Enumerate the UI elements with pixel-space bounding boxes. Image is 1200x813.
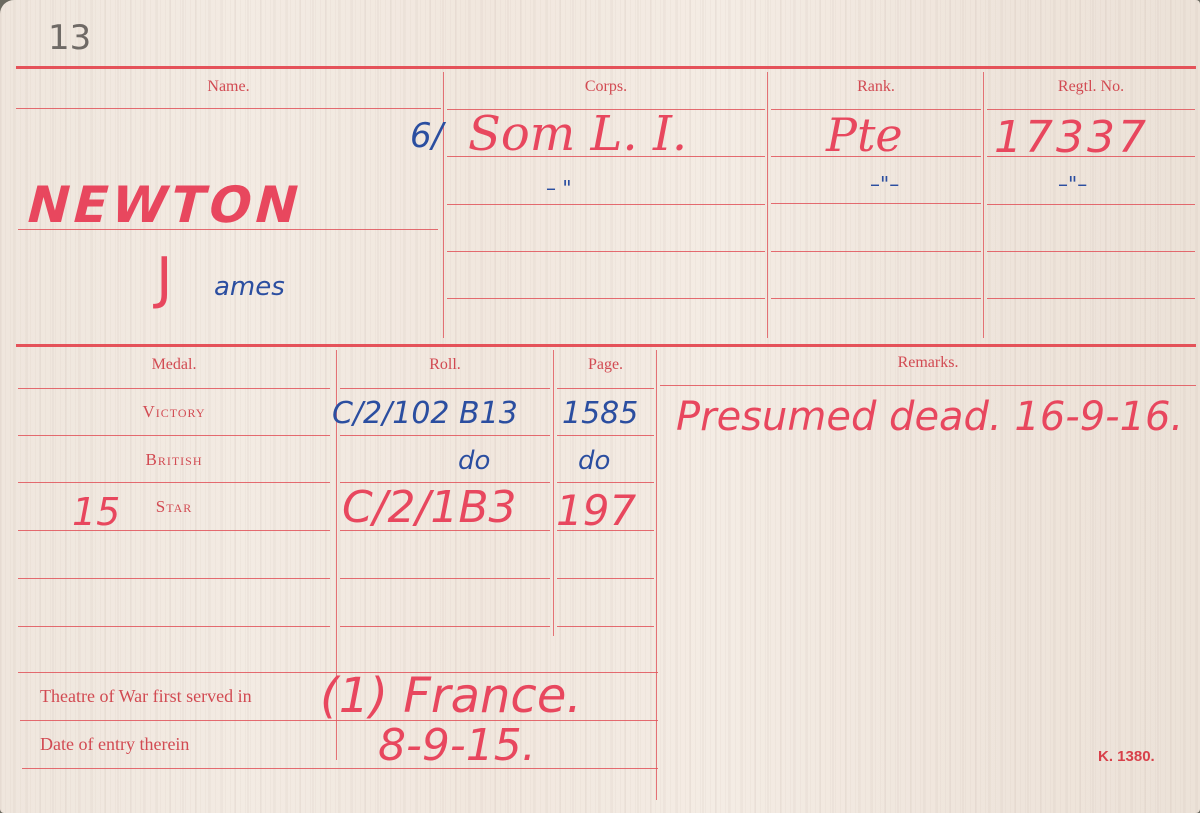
roll-label: Roll. [340, 356, 550, 374]
name-label: Name. [16, 78, 441, 96]
medal-rule [18, 626, 330, 627]
regtl-rule [987, 109, 1195, 110]
star-prefix: 15 [72, 490, 120, 534]
regtl-rule [987, 298, 1195, 299]
page-rule [557, 578, 654, 579]
rank-rule [771, 203, 981, 204]
remarks-value: Presumed dead. 16-9-16. [676, 394, 1183, 440]
forename-initial: J [156, 246, 173, 311]
corner-number: 13 [48, 18, 91, 58]
divider-corps-rank [767, 72, 768, 338]
medal-rule [18, 530, 330, 531]
theatre-value: (1) France. [320, 668, 582, 724]
page-rule [557, 435, 654, 436]
service-rule [22, 768, 658, 769]
medal-rule [18, 578, 330, 579]
victory-roll: C/2/102 B13 [332, 396, 518, 431]
regtl-ditto: –"– [1058, 172, 1087, 196]
medal-rule [18, 482, 330, 483]
page-label: Page. [557, 356, 654, 374]
medal-star: Star [18, 497, 330, 517]
corps-label: Corps. [447, 78, 765, 96]
page-rule [557, 482, 654, 483]
medal-rule [18, 388, 330, 389]
rank-label: Rank. [771, 78, 981, 96]
medal-index-card: 13 Name. Corps. Rank. Regtl. No. NEWTON … [0, 0, 1200, 813]
remarks-rule [660, 385, 1196, 386]
medal-victory: Victory [18, 402, 330, 422]
date-entry-label: Date of entry therein [40, 734, 189, 755]
corps-value: Som L. I. [468, 106, 687, 162]
rank-rule [771, 298, 981, 299]
divider-rank-regtl [983, 72, 984, 338]
surname-value: NEWTON [21, 176, 309, 234]
regtl-rule [987, 204, 1195, 205]
middle-rule [16, 344, 1196, 347]
roll-rule [340, 388, 550, 389]
rank-rule [771, 251, 981, 252]
medal-british: British [18, 450, 330, 470]
regtl-rule [987, 251, 1195, 252]
battalion-prefix: 6/ [410, 116, 443, 156]
victory-page: 1585 [562, 396, 638, 431]
regtl-no-value: 17337 [994, 112, 1149, 163]
corps-rule [447, 298, 765, 299]
medal-rule [18, 435, 330, 436]
roll-rule [340, 626, 550, 627]
divider-roll-page [553, 350, 554, 636]
divider-name-corps [443, 72, 444, 338]
form-code: K. 1380. [1098, 748, 1155, 765]
name-header-rule [16, 108, 441, 109]
forename-value: ames [214, 272, 285, 302]
date-entry-value: 8-9-15. [378, 720, 536, 771]
rank-value: Pte [826, 108, 903, 162]
medal-label: Medal. [18, 356, 330, 374]
roll-rule [340, 578, 550, 579]
page-rule [557, 626, 654, 627]
theatre-label: Theatre of War first served in [40, 686, 252, 707]
star-roll: C/2/1B3 [342, 482, 517, 533]
british-roll: do [458, 446, 490, 476]
corps-rule [447, 251, 765, 252]
remarks-label: Remarks. [660, 354, 1196, 372]
roll-rule [340, 435, 550, 436]
rank-ditto: –"– [870, 172, 899, 196]
top-rule [16, 66, 1196, 69]
corps-rule [447, 204, 765, 205]
british-page: do [578, 446, 610, 476]
page-rule [557, 388, 654, 389]
star-page: 197 [556, 486, 636, 535]
divider-page-remarks [656, 350, 657, 800]
corps-ditto: – " [546, 176, 572, 200]
regtl-no-label: Regtl. No. [987, 78, 1195, 96]
